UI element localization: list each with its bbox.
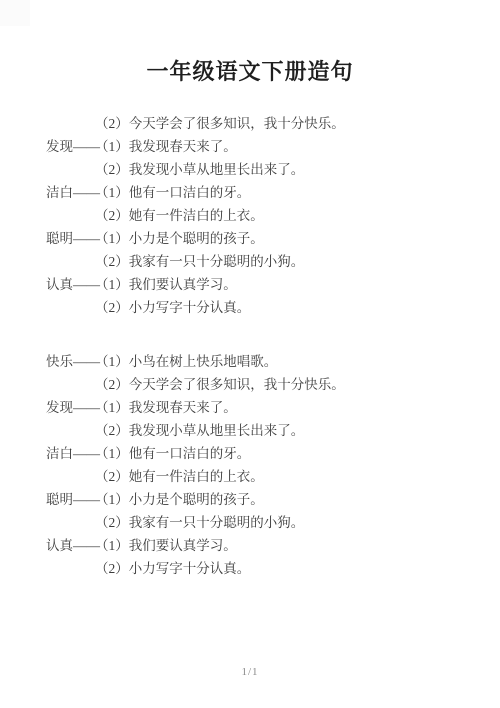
sentence-row: 洁白—— （1）他有一口洁白的牙。 [0, 442, 500, 465]
sentence-row: （2）我发现小草从地里长出来了。 [0, 419, 500, 442]
sentence-text: （1）我们要认真学习。 [95, 273, 237, 296]
sentence-row: （2）小力写字十分认真。 [0, 296, 500, 319]
headword: 认真—— [46, 273, 100, 296]
sentence-row: 洁白—— （1）他有一口洁白的牙。 [0, 181, 500, 204]
sentence-text: （1）他有一口洁白的牙。 [95, 442, 250, 465]
sentence-row: 发现—— （1）我发现春天来了。 [0, 396, 500, 419]
sentence-text: （1）我们要认真学习。 [95, 534, 237, 557]
sentence-row: 认真—— （1）我们要认真学习。 [0, 273, 500, 296]
page-number: 1/1 [0, 665, 500, 679]
sentence-text: （2）小力写字十分认真。 [95, 296, 250, 319]
sentence-section-1: （2）今天学会了很多知识，我十分快乐。 发现—— （1）我发现春天来了。 （2）… [0, 112, 500, 319]
sentence-row: 快乐—— （1）小鸟在树上快乐地唱歌。 [0, 350, 500, 373]
sentence-text: （2）今天学会了很多知识，我十分快乐。 [95, 373, 345, 396]
sentence-text: （1）小鸟在树上快乐地唱歌。 [95, 350, 277, 373]
sentence-text: （1）小力是个聪明的孩子。 [95, 227, 264, 250]
sentence-row: 认真—— （1）我们要认真学习。 [0, 534, 500, 557]
headword: 聪明—— [46, 488, 100, 511]
sentence-text: （1）我发现春天来了。 [95, 396, 237, 419]
sentence-row: 聪明—— （1）小力是个聪明的孩子。 [0, 488, 500, 511]
sentence-text: （2）我发现小草从地里长出来了。 [95, 158, 304, 181]
sentence-text: （2）小力写字十分认真。 [95, 557, 250, 580]
sentence-row: 聪明—— （1）小力是个聪明的孩子。 [0, 227, 500, 250]
sentence-row: （2）今天学会了很多知识，我十分快乐。 [0, 112, 500, 135]
headword: 发现—— [46, 396, 100, 419]
page-title: 一年级语文下册造句 [0, 59, 500, 85]
headword: 聪明—— [46, 227, 100, 250]
sentence-text: （2）我家有一只十分聪明的小狗。 [95, 511, 304, 534]
sentence-text: （1）他有一口洁白的牙。 [95, 181, 250, 204]
sentence-row: （2）我家有一只十分聪明的小狗。 [0, 511, 500, 534]
headword: 发现—— [46, 135, 100, 158]
sentence-row: （2）今天学会了很多知识，我十分快乐。 [0, 373, 500, 396]
sentence-text: （2）今天学会了很多知识，我十分快乐。 [95, 112, 345, 135]
sentence-row: （2）小力写字十分认真。 [0, 557, 500, 580]
sentence-text: （2）我家有一只十分聪明的小狗。 [95, 250, 304, 273]
sentence-section-2: 快乐—— （1）小鸟在树上快乐地唱歌。 （2）今天学会了很多知识，我十分快乐。 … [0, 350, 500, 580]
sentence-text: （2）我发现小草从地里长出来了。 [95, 419, 304, 442]
sentence-text: （2）她有一件洁白的上衣。 [95, 204, 264, 227]
headword: 洁白—— [46, 442, 100, 465]
headword: 快乐—— [46, 350, 100, 373]
sentence-row: （2）她有一件洁白的上衣。 [0, 204, 500, 227]
sentence-row: （2）她有一件洁白的上衣。 [0, 465, 500, 488]
sentence-text: （1）小力是个聪明的孩子。 [95, 488, 264, 511]
headword: 洁白—— [46, 181, 100, 204]
document-page: 一年级语文下册造句 （2）今天学会了很多知识，我十分快乐。 发现—— （1）我发… [0, 0, 500, 708]
sentence-row: （2）我发现小草从地里长出来了。 [0, 158, 500, 181]
headword: 认真—— [46, 534, 100, 557]
sentence-row: （2）我家有一只十分聪明的小狗。 [0, 250, 500, 273]
sentence-text: （1）我发现春天来了。 [95, 135, 237, 158]
sentence-row: 发现—— （1）我发现春天来了。 [0, 135, 500, 158]
sentence-text: （2）她有一件洁白的上衣。 [95, 465, 264, 488]
scan-artifact-corner [0, 0, 30, 26]
